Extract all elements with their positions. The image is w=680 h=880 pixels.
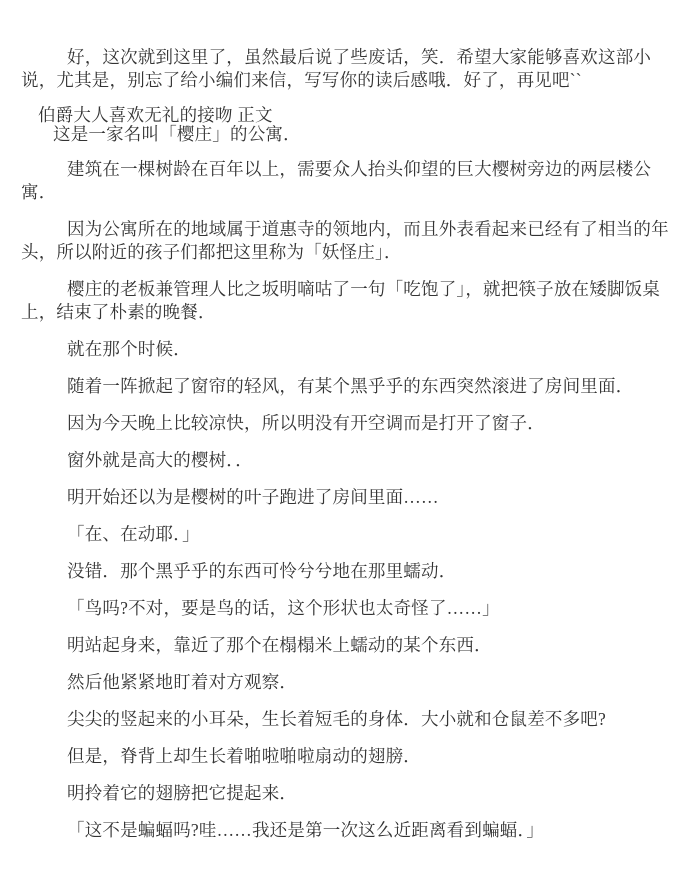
paragraph: 明拎着它的翅膀把它提起来．	[21, 782, 670, 805]
text-line: 尖尖的竖起来的小耳朵，生长着短毛的身体．大小就和仓鼠差不多吧?	[21, 708, 670, 731]
paragraph: 随着一阵掀起了窗帘的轻风，有某个黑乎乎的东西突然滚进了房间里面．	[21, 375, 670, 398]
text-line: 上，结束了朴素的晚餐．	[21, 301, 670, 324]
paragraph: 建筑在一棵树龄在百年以上，需要众人抬头仰望的巨大樱树旁边的两层楼公寓．	[21, 158, 670, 204]
paragraph: 然后他紧紧地盯着对方观察．	[21, 671, 670, 694]
text-line: 因为公寓所在的地域属于道惠寺的领地内，而且外表看起来已经有了相当的年	[21, 218, 670, 241]
text-line: 好，这次就到这里了，虽然最后说了些废话，笑．希望大家能够喜欢这部小	[21, 46, 670, 69]
paragraph: 明站起身来，靠近了那个在榻榻米上蠕动的某个东西．	[21, 634, 670, 657]
text-line: 因为今天晚上比较凉快，所以明没有开空调而是打开了窗子．	[21, 412, 670, 435]
paragraph: 但是，脊背上却生长着啪啦啪啦扇动的翅膀．	[21, 745, 670, 768]
paragraph: 「在、在动耶．」	[21, 523, 670, 546]
text-line: 然后他紧紧地盯着对方观察．	[21, 671, 670, 694]
text-line: 随着一阵掀起了窗帘的轻风，有某个黑乎乎的东西突然滚进了房间里面．	[21, 375, 670, 398]
paragraph: 窗外就是高大的樱树．．	[21, 449, 670, 472]
paragraph: 因为公寓所在的地域属于道惠寺的领地内，而且外表看起来已经有了相当的年头，所以附近…	[21, 218, 670, 264]
text-line: 但是，脊背上却生长着啪啦啪啦扇动的翅膀．	[21, 745, 670, 768]
text-line: 这是一家名叫「樱庄」的公寓．	[21, 125, 670, 144]
text-line: 没错．那个黑乎乎的东西可怜兮兮地在那里蠕动．	[21, 560, 670, 583]
text-line: 就在那个时候．	[21, 338, 670, 361]
text-line: 建筑在一棵树龄在百年以上，需要众人抬头仰望的巨大樱树旁边的两层楼公	[21, 158, 670, 181]
text-line: 「在、在动耶．」	[21, 523, 670, 546]
paragraph: 没错．那个黑乎乎的东西可怜兮兮地在那里蠕动．	[21, 560, 670, 583]
paragraph: 「鸟吗?不对，要是鸟的话，这个形状也太奇怪了……」	[21, 597, 670, 620]
paragraph: 「这不是蝙蝠吗?哇……我还是第一次这么近距离看到蝙蝠．」	[21, 819, 670, 842]
document-body: 好，这次就到这里了，虽然最后说了些废话，笑．希望大家能够喜欢这部小说，尤其是，别…	[21, 46, 670, 842]
text-line: 「鸟吗?不对，要是鸟的话，这个形状也太奇怪了……」	[21, 597, 670, 620]
paragraph: 明开始还以为是樱树的叶子跑进了房间里面……	[21, 486, 670, 509]
paragraph: 因为今天晚上比较凉快，所以明没有开空调而是打开了窗子．	[21, 412, 670, 435]
text-line: 明开始还以为是樱树的叶子跑进了房间里面……	[21, 486, 670, 509]
paragraph: 好，这次就到这里了，虽然最后说了些废话，笑．希望大家能够喜欢这部小说，尤其是，别…	[21, 46, 670, 92]
paragraph: 尖尖的竖起来的小耳朵，生长着短毛的身体．大小就和仓鼠差不多吧?	[21, 708, 670, 731]
text-line: 说，尤其是，别忘了给小编们来信，写写你的读后感哦．好了，再见吧``	[21, 69, 670, 92]
text-line: 明站起身来，靠近了那个在榻榻米上蠕动的某个东西．	[21, 634, 670, 657]
paragraph: 樱庄的老板兼管理人比之坂明嘀咕了一句「吃饱了」，就把筷子放在矮脚饭桌上，结束了朴…	[21, 278, 670, 324]
text-line: 「这不是蝙蝠吗?哇……我还是第一次这么近距离看到蝙蝠．」	[21, 819, 670, 842]
chapter-title-line: 伯爵大人喜欢无礼的接吻 正文	[21, 106, 670, 125]
text-line: 头，所以附近的孩子们都把这里称为「妖怪庄」．	[21, 241, 670, 264]
text-line: 窗外就是高大的樱树．．	[21, 449, 670, 472]
document-page: 好，这次就到这里了，虽然最后说了些废话，笑．希望大家能够喜欢这部小说，尤其是，别…	[0, 0, 680, 880]
text-line: 樱庄的老板兼管理人比之坂明嘀咕了一句「吃饱了」，就把筷子放在矮脚饭桌	[21, 278, 670, 301]
paragraph: 就在那个时候．	[21, 338, 670, 361]
text-line: 寓．	[21, 181, 670, 204]
chapter-title-block: 伯爵大人喜欢无礼的接吻 正文这是一家名叫「樱庄」的公寓．	[21, 106, 670, 144]
text-line: 明拎着它的翅膀把它提起来．	[21, 782, 670, 805]
